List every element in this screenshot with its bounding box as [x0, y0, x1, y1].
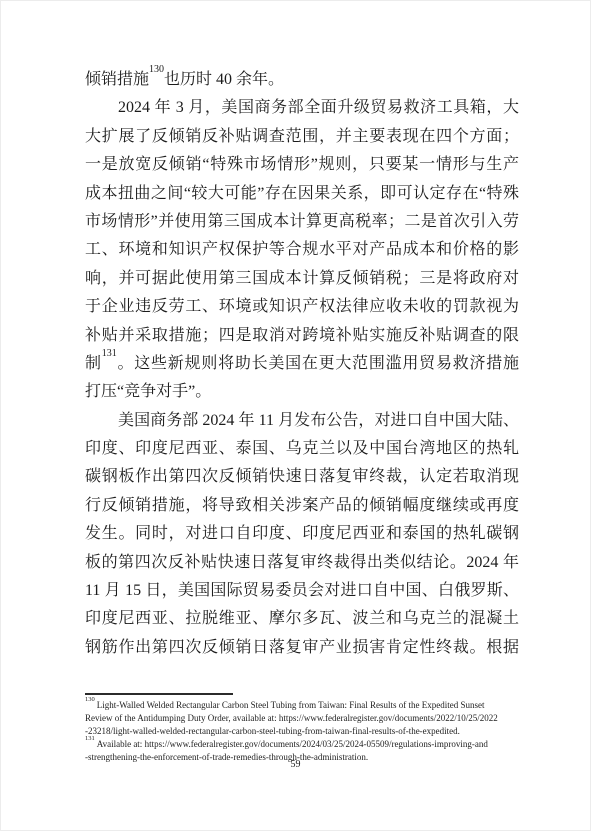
text-line: 工、环境和知识产权保护等合规水平对产品成本和价格的影 [85, 236, 519, 264]
text-segment: 倾销措施 [85, 71, 149, 88]
text-line: 一是放宽反倾销“特殊市场情形”规则，只要某一情形与生产 [85, 151, 519, 179]
footnote-line: 130Light-Walled Welded Rectangular Carbo… [85, 699, 525, 712]
footnote-text: Available at: https://www.federalregiste… [97, 739, 488, 749]
text-line: 板的第四次反补贴快速日落复审终裁得出类似结论。2024 年 [85, 549, 519, 577]
text-segment: 制 [85, 355, 102, 372]
body-text-block: 倾销措施130也历时 40 余年。 2024 年 3 月，美国商务部全面升级贸易… [85, 66, 519, 662]
footnote-marker-130: 130 [85, 696, 97, 703]
text-segment: 也历时 40 余年。 [164, 71, 284, 88]
footnotes-block: 130Light-Walled Welded Rectangular Carbo… [85, 699, 525, 764]
footnote-line: Review of the Antidumping Duty Order, av… [85, 712, 525, 725]
text-line: 市场情形”并使用第三国成本计算更高税率；二是首次引入劳 [85, 208, 519, 236]
text-line: 2024 年 3 月，美国商务部全面升级贸易救济工具箱，大 [85, 94, 519, 122]
text-line: 打压“竞争对手”。 [85, 378, 519, 406]
page-number: 59 [0, 759, 591, 770]
footnote-separator-rule [85, 693, 233, 695]
text-line: 倾销措施130也历时 40 余年。 [85, 66, 519, 94]
footnote-marker-131: 131 [85, 735, 97, 742]
text-line: 大扩展了反倾销反补贴调查范围，并主要表现在四个方面； [85, 123, 519, 151]
footnote-reference-131: 131 [102, 348, 117, 359]
footnote-line: -23218/light-walled-welded-rectangular-c… [85, 725, 525, 738]
text-line: 印度、印度尼西亚、泰国、乌克兰以及中国台湾地区的热轧 [85, 435, 519, 463]
text-line: 于企业违反劳工、环境或知识产权法律应收未收的罚款视为 [85, 293, 519, 321]
text-line: 印度尼西亚、拉脱维亚、摩尔多瓦、波兰和乌克兰的混凝土 [85, 605, 519, 633]
text-line: 响，并可据此使用第三国成本计算反倾销税；三是将政府对 [85, 265, 519, 293]
text-line: 成本扭曲之间“较大可能”存在因果关系，即可认定存在“特殊 [85, 180, 519, 208]
text-line: 钢筋作出第四次反倾销日落复审产业损害肯定性终裁。根据 [85, 634, 519, 662]
text-line: 行反倾销措施，将导致相关涉案产品的倾销幅度继续或再度 [85, 492, 519, 520]
footnote-line: 131Available at: https://www.federalregi… [85, 738, 525, 751]
text-line: 11 月 15 日，美国国际贸易委员会对进口自中国、白俄罗斯、 [85, 577, 519, 605]
document-page: 倾销措施130也历时 40 余年。 2024 年 3 月，美国商务部全面升级贸易… [0, 0, 591, 831]
text-line: 发生。同时，对进口自印度、印度尼西亚和泰国的热轧碳钢 [85, 520, 519, 548]
footnote-text: Light-Walled Welded Rectangular Carbon S… [97, 700, 485, 710]
text-segment: 。这些新规则将助长美国在更大范围滥用贸易救济措施 [117, 355, 519, 372]
text-line: 补贴并采取措施；四是取消对跨境补贴实施反补贴调查的限 [85, 322, 519, 350]
text-line: 碳钢板作出第四次反倾销快速日落复审终裁，认定若取消现 [85, 463, 519, 491]
footnote-reference-130: 130 [149, 64, 164, 75]
text-line: 制131。这些新规则将助长美国在更大范围滥用贸易救济措施 [85, 350, 519, 378]
text-line: 美国商务部 2024 年 11 月发布公告，对进口自中国大陆、 [85, 407, 519, 435]
